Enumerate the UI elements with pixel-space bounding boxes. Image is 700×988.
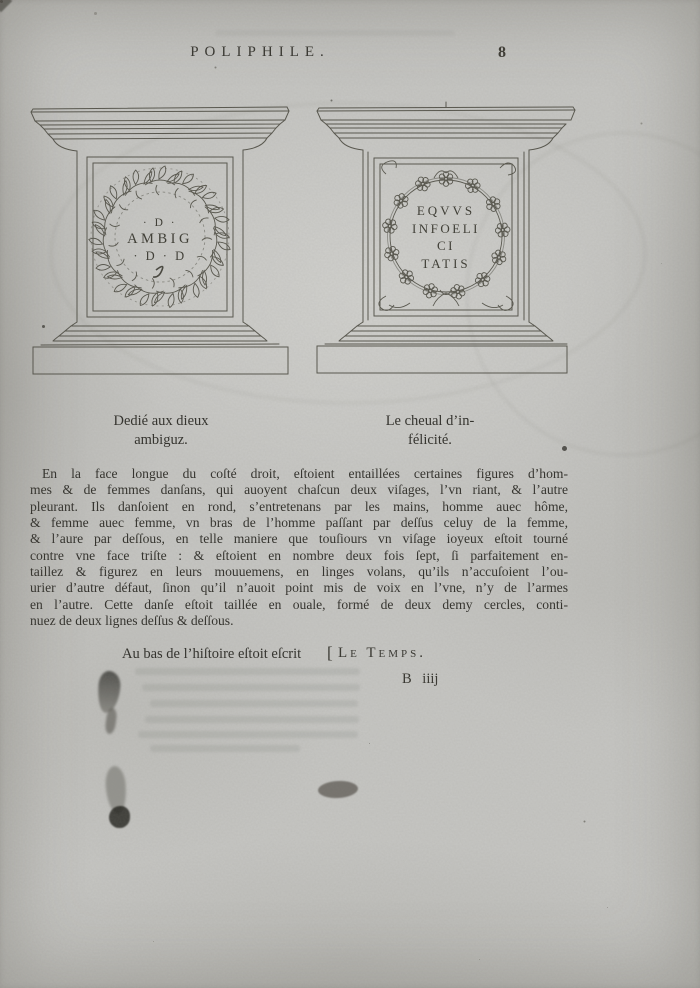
right-inscription-line4: TATIS xyxy=(421,256,470,271)
book-page-scan: POLIPHILE. 8 xyxy=(0,0,700,988)
right-plate-caption: Le cheual d’in- félicité. xyxy=(352,412,508,450)
showthrough-line xyxy=(142,684,360,691)
body-line: urier d’autre défaut, ſinon qu’il n’auoi… xyxy=(30,580,568,596)
right-inscription-line1: EQVVS xyxy=(417,203,475,218)
colophon-bracket: [ xyxy=(327,643,333,663)
gathering-signature: B iiij xyxy=(402,671,438,688)
corner-mark xyxy=(0,0,12,12)
ink-stain xyxy=(318,780,359,799)
inscription-flourish xyxy=(153,267,163,278)
caption-line: félicité. xyxy=(352,431,508,450)
page-number: 8 xyxy=(498,44,506,62)
left-inscription-line3: · D · D xyxy=(133,249,186,263)
body-line: nuez de deux lignes deſſus & deſſous. xyxy=(30,613,568,629)
ink-stain xyxy=(109,806,130,828)
ink-stain xyxy=(104,765,127,814)
left-plate-caption: Dedié aux dieux ambiguz. xyxy=(85,412,237,450)
caption-line: Le cheual d’in- xyxy=(352,412,508,431)
body-line: en l’autre. Cette danſe eſtoit taillée e… xyxy=(30,597,568,613)
body-line: En la face longue du coſté droit, eſtoie… xyxy=(30,466,568,482)
right-inscription-line3: CI xyxy=(437,238,455,253)
body-line: mes & de femmes danſans, qui auoyent cha… xyxy=(30,482,568,498)
colophon-inscription: Le Temps. xyxy=(338,645,426,662)
ink-stain xyxy=(104,707,118,734)
showthrough-line xyxy=(150,700,358,707)
left-inscription-line1: · D · xyxy=(143,217,177,229)
left-pedestal-engraving: · D · AMBIG · D · D xyxy=(28,98,292,378)
showthrough-line xyxy=(135,668,360,675)
ink-stain xyxy=(97,670,122,713)
showthrough-line xyxy=(150,745,300,752)
running-title: POLIPHILE. xyxy=(150,44,370,61)
body-line: & femme auec femme, vn bras de l’homme p… xyxy=(30,515,568,531)
left-inscription-line2: AMBIG xyxy=(127,231,193,247)
caption-line: ambiguz. xyxy=(85,431,237,450)
right-inscription-line2: INFOELI xyxy=(412,221,480,236)
body-line: taillez & figurez en leurs mouuemens, en… xyxy=(30,564,568,580)
right-pedestal-engraving: EQVVS INFOELI CI TATIS xyxy=(314,98,578,378)
showthrough-line xyxy=(215,30,455,36)
colophon-text: Au bas de l’hiſtoire eſtoit eſcrit xyxy=(122,646,301,663)
body-line: & l’aure par deſſous, en telle maniere q… xyxy=(30,531,568,547)
showthrough-line xyxy=(145,716,359,723)
body-line: contre vne face triſte : & eſtoient en n… xyxy=(30,548,568,564)
body-paragraph: En la face longue du coſté droit, eſtoie… xyxy=(30,466,568,629)
caption-line: Dedié aux dieux xyxy=(85,412,237,431)
body-line: pleurant. Ils danſoient en rond, s’entre… xyxy=(30,499,568,515)
showthrough-line xyxy=(138,731,358,738)
